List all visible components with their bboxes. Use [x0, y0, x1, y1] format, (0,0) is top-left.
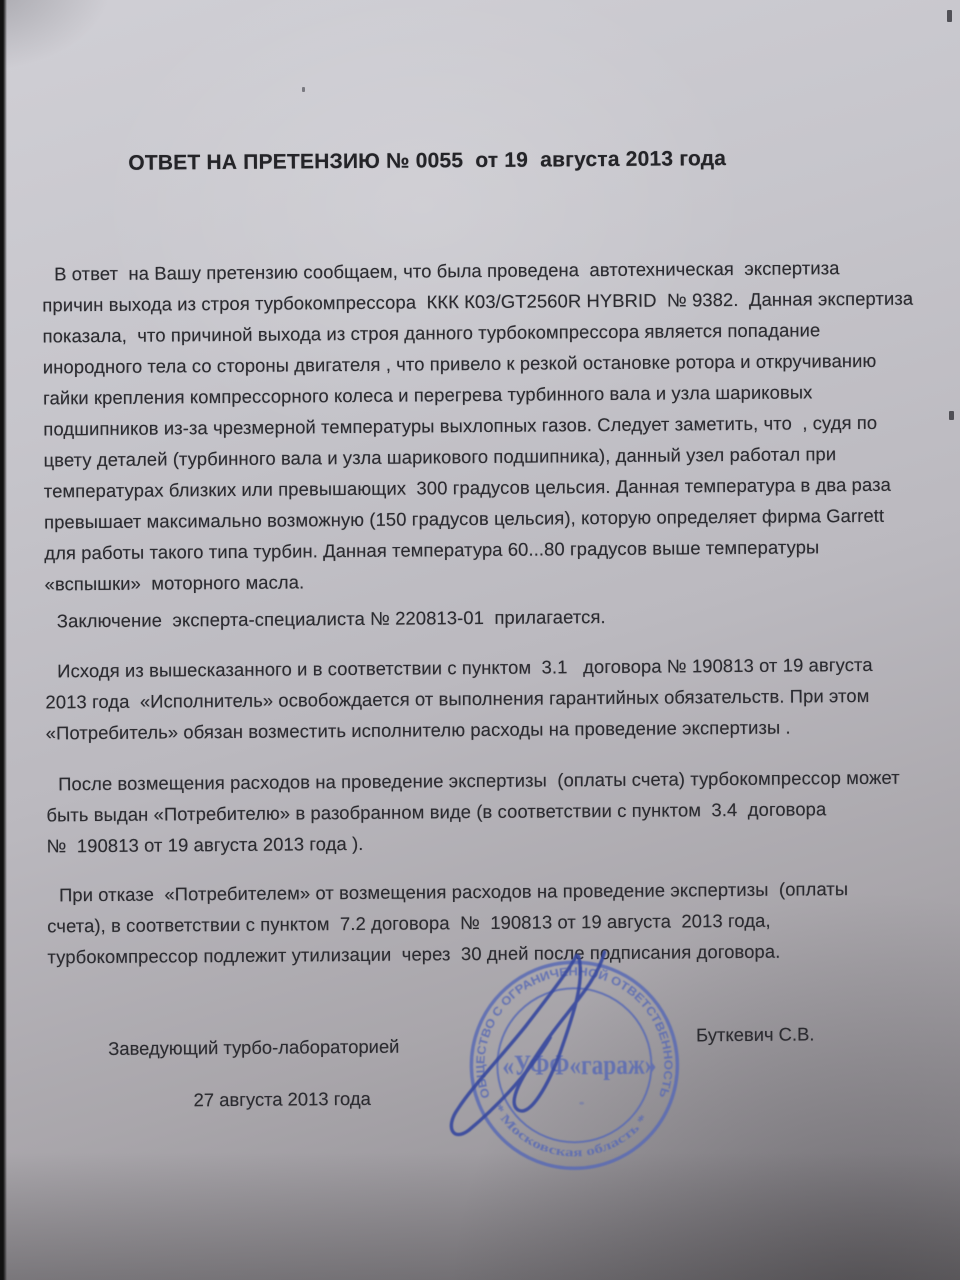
edge-speck	[947, 10, 952, 22]
text-line: № 190813 от 19 августа 2013 года ).	[47, 823, 951, 861]
document-title: ОТВЕТ НА ПРЕТЕНЗИЮ № 0055 от 19 августа …	[128, 147, 726, 176]
paragraph-contract-clause-3-4: После возмещения расходов на проведение …	[46, 761, 951, 861]
paragraph-contract-clause-3-1: Исходя из вышесказанного и в соответстви…	[45, 648, 950, 748]
text-line: «Потребитель» обязан возместить исполнит…	[46, 710, 950, 748]
photographed-document: ОТВЕТ НА ПРЕТЕНЗИЮ № 0055 от 19 августа …	[0, 0, 960, 1280]
text-line: «вспышки» моторного масла.	[44, 561, 948, 599]
edge-speck	[949, 411, 954, 420]
text-line: Заключение эксперта-специалиста № 220813…	[45, 598, 949, 636]
paragraph-expertise-findings: В ответ на Вашу претензию сообщаем, что …	[42, 251, 949, 599]
document-date: 27 августа 2013 года	[194, 1088, 371, 1111]
paragraph-expert-conclusion: Заключение эксперта-специалиста № 220813…	[45, 598, 949, 636]
stamp-center-text: «УФФ«гараж»	[502, 1049, 656, 1082]
company-stamp: ОБЩЕСТВО С ОГРАНИЧЕННОЙ ОТВЕТСТВЕННОСТЬЮ…	[437, 936, 719, 1218]
signatory-role: Заведующий турбо-лабораторией	[108, 1036, 399, 1060]
paper-speck	[302, 87, 305, 92]
stamp-ink-dot	[579, 1102, 584, 1105]
document-sheet: ОТВЕТ НА ПРЕТЕНЗИЮ № 0055 от 19 августа …	[0, 0, 960, 1280]
paper-speck	[908, 296, 911, 300]
photo-left-edge-shadow	[0, 0, 7, 1280]
